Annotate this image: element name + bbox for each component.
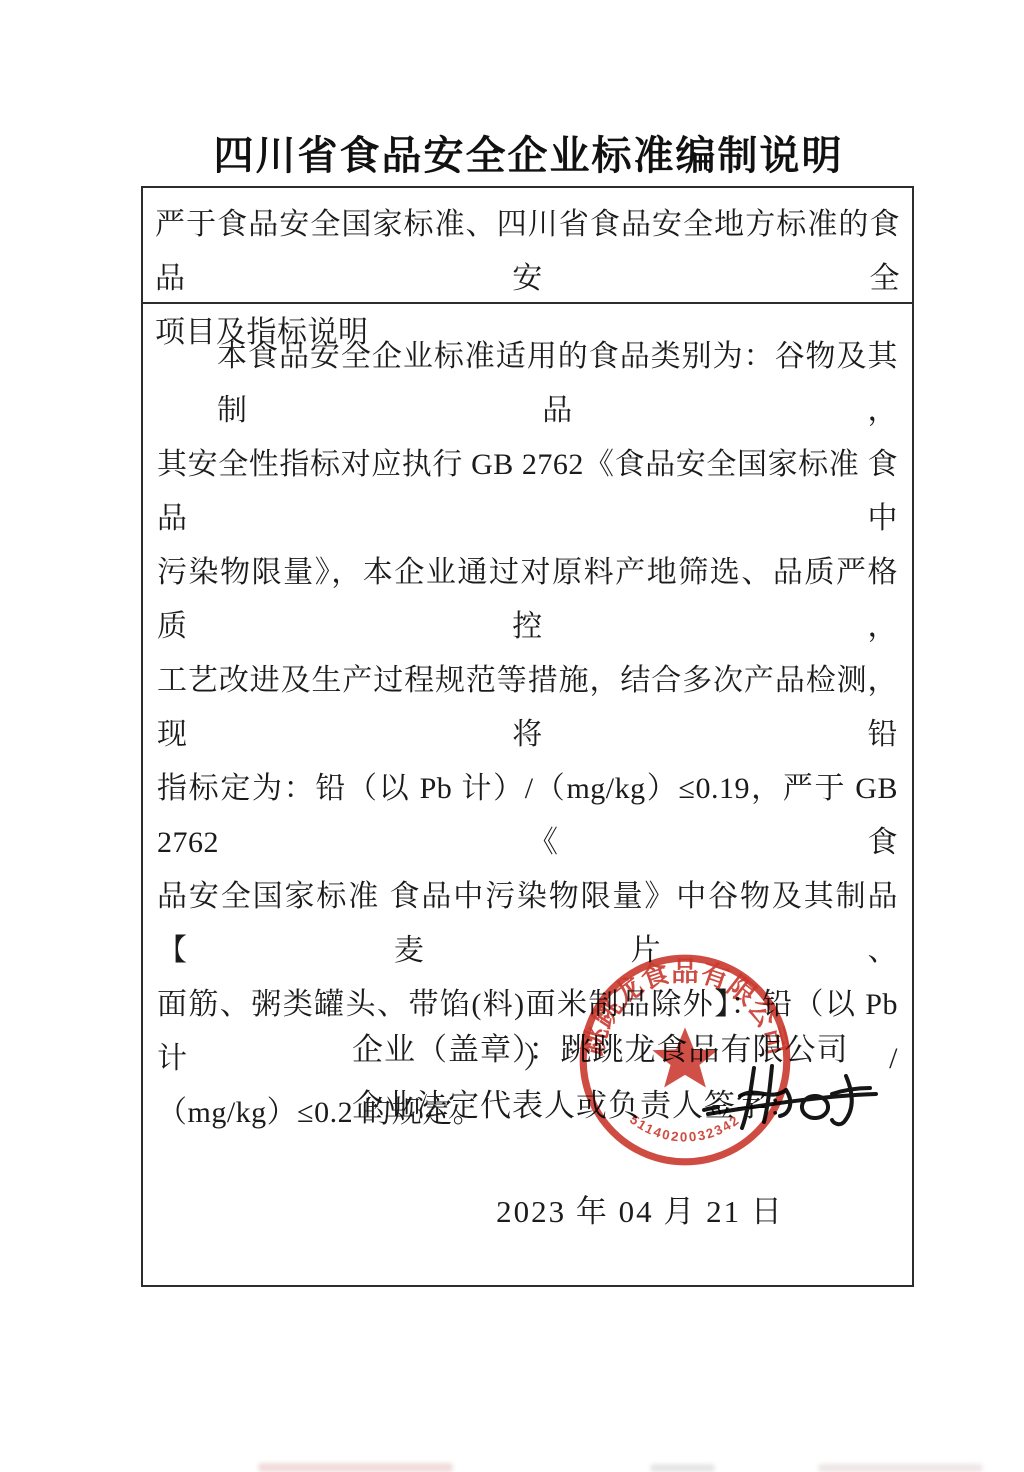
page-title: 四川省食品安全企业标准编制说明 [141,124,916,181]
table-header-cell: 严于食品安全国家标准、四川省食品安全地方标准的食品安全 项目及指标说明 [143,188,912,304]
handwritten-signature [698,1050,898,1135]
body-line: 本食品安全企业标准适用的食品类别为：谷物及其制品， [157,330,898,438]
scan-artifact [818,1464,983,1472]
body-line: 污染物限量》，本企业通过对原料产地筛选、品质严格质控， [157,546,898,654]
scan-artifact [650,1464,715,1472]
body-line: 指标定为：铅（以 Pb 计）/（mg/kg）≤0.19，严于 GB 2762《食 [157,762,898,870]
header-line: 严于食品安全国家标准、四川省食品安全地方标准的食品安全 [155,198,900,306]
seal-label: 企业（盖章）： [352,1032,561,1067]
body-line: 工艺改进及生产过程规范等措施，结合多次产品检测，现将铅 [157,654,898,762]
scan-artifact [258,1463,453,1472]
date-line: 2023 年 04 月 21 日 [440,1186,840,1231]
body-line: 其安全性指标对应执行 GB 2762《食品安全国家标准 食品中 [157,438,898,546]
